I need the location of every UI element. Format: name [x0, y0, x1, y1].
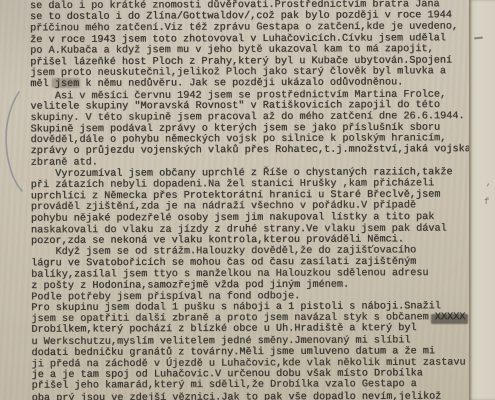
text-line: oba prý jsou ve zdejší věznici.Jak to pa…	[32, 391, 482, 400]
paper-edge	[469, 0, 495, 400]
text-line: uprchlíci z Německa přes Protektorátní h…	[31, 190, 481, 203]
text-line: ji předá na záchodě v Újezdě u Luhačovic…	[32, 357, 482, 370]
edge-artifact-mark: ,	[486, 178, 491, 188]
text-line: Podle potřeby jsem přispíval na fond odb…	[31, 290, 481, 303]
scanned-document-page: se dalo i po krátké znomosti důvěřovati.…	[0, 0, 495, 400]
overtyped-correction-smudge	[52, 78, 80, 88]
text-line: Skupině jsem podával zprávy o kterých js…	[31, 122, 481, 135]
text-line: balíky,zasílal jsem ttyo s manželkou na …	[31, 267, 481, 280]
text-line: příčinou mého zatčení.Viz též zprávu Ges…	[30, 22, 480, 35]
overstruck-word	[431, 314, 468, 324]
text-line: zbraně atd.	[31, 155, 481, 168]
text-line: Drobílkem,který pochází z blízké obce u …	[31, 323, 481, 336]
text-line: naskakovali do vlaku za jízdy z druhé st…	[31, 223, 481, 236]
text-line: přišel lázeňké host Ploch z Prahy,který …	[30, 55, 480, 68]
edge-artifact-mark: f	[484, 197, 489, 207]
text-line: velitele skupiny "Moravská Rovnost" v Ra…	[30, 99, 480, 112]
handwritten-margin-bracket-icon	[2, 90, 26, 194]
typewritten-text: se dalo i po krátké znomosti důvěřovati.…	[30, 0, 482, 400]
